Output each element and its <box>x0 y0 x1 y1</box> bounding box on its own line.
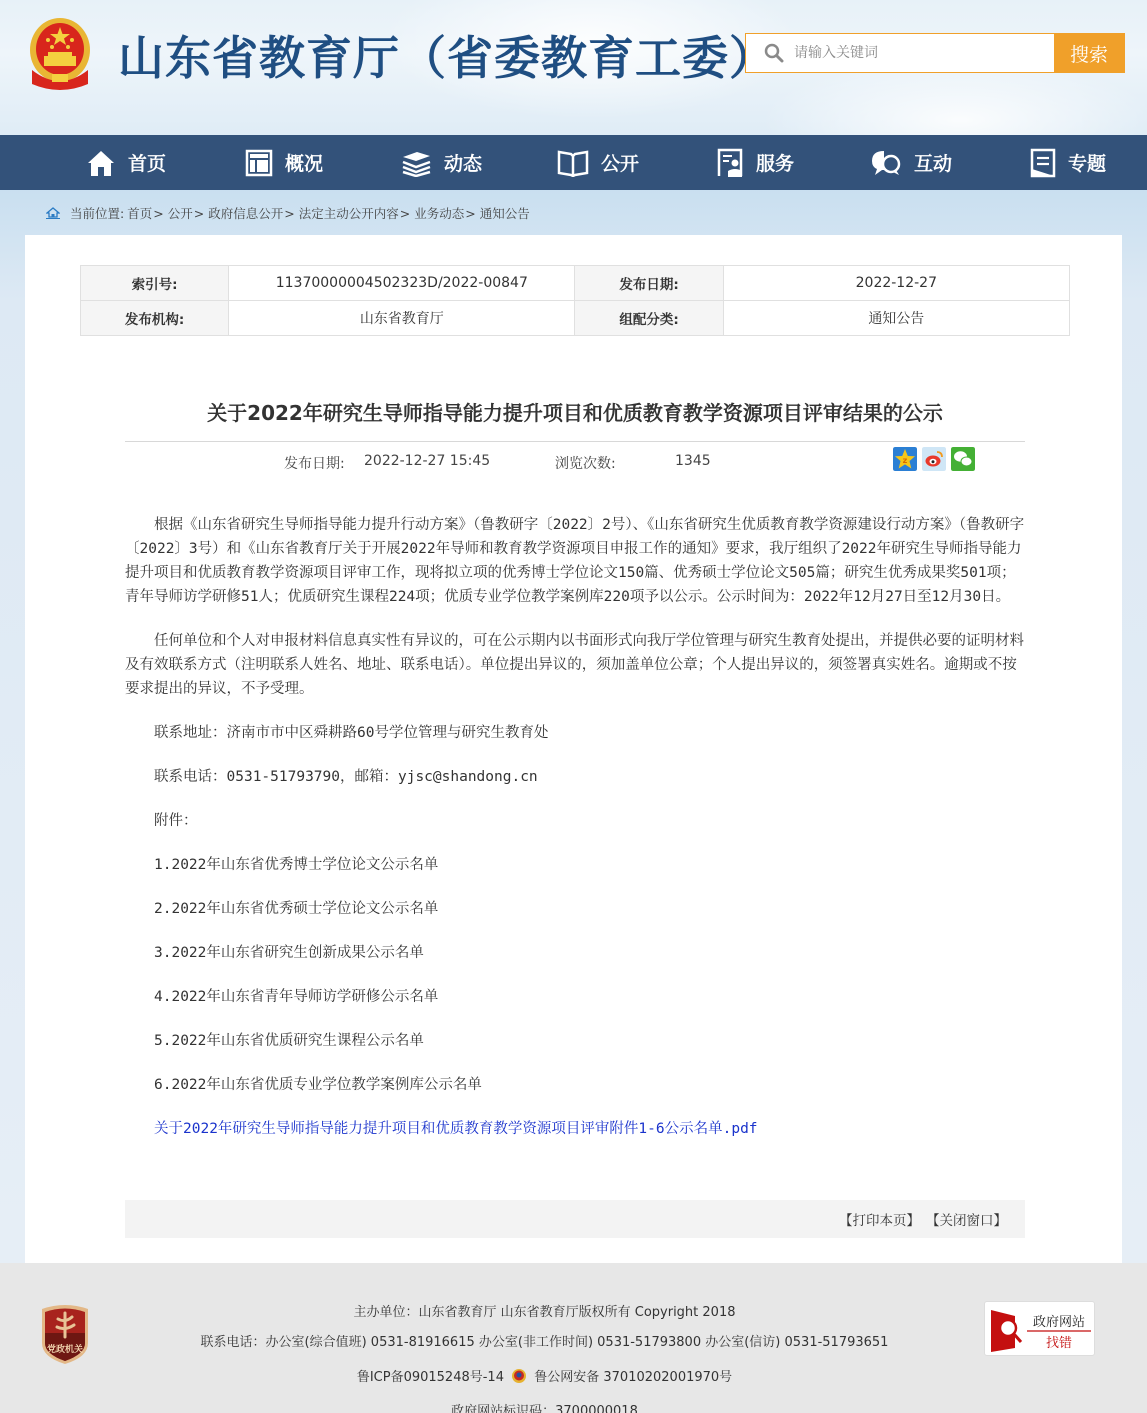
breadcrumb-home-icon <box>46 207 60 219</box>
breadcrumb-separator: > <box>153 206 163 221</box>
chat-icon <box>870 149 902 177</box>
search-button[interactable]: 搜索 <box>1054 34 1124 72</box>
search-icon <box>764 43 784 63</box>
wechat-icon[interactable] <box>951 447 975 471</box>
org-value: 山东省教育厅 <box>229 301 575 336</box>
breadcrumb-link-business[interactable]: 业务动态 <box>414 204 464 222</box>
nav-item-home[interactable]: 首页 <box>86 135 166 190</box>
attachment-item: 2.2022年山东省优秀硕士学位论文公示名单 <box>125 897 1025 921</box>
metadata-row: 索引号: 11370000004502323D/2022-00847 发布日期:… <box>81 266 1070 301</box>
site-header: 山东省教育厅（省委教育工委） 搜索 <box>0 0 1147 135</box>
breadcrumb-link-gov-info[interactable]: 政府信息公开 <box>208 204 283 222</box>
views-label: 浏览次数: <box>555 453 616 473</box>
article-panel: 索引号: 11370000004502323D/2022-00847 发布日期:… <box>25 235 1122 1263</box>
svg-text:z: z <box>903 456 908 465</box>
service-icon <box>716 148 744 178</box>
org-label: 发布机构: <box>81 301 229 336</box>
date-value: 2022-12-27 <box>723 266 1069 301</box>
search-input-wrap <box>746 34 1054 72</box>
nav-label: 动态 <box>444 149 482 176</box>
attachment-item: 4.2022年山东省青年导师访学研修公示名单 <box>125 985 1025 1009</box>
nav-item-topics[interactable]: 专题 <box>1030 135 1106 190</box>
title-divider <box>125 441 1025 442</box>
nav-label: 公开 <box>601 149 639 176</box>
weibo-icon[interactable] <box>922 447 946 471</box>
print-page-button[interactable]: 【打印本页】 <box>839 1209 920 1229</box>
find-error-button[interactable]: 政府网站 找错 <box>984 1301 1095 1356</box>
nav-item-overview[interactable]: 概况 <box>245 135 323 190</box>
national-emblem-icon <box>22 14 98 94</box>
breadcrumb-separator: > <box>284 206 294 221</box>
share-buttons: z <box>893 447 975 471</box>
publish-datetime: 2022-12-27 15:45 <box>364 453 490 469</box>
attachment-link-paragraph: 关于2022年研究生导师指导能力提升项目和优质教育教学资源项目评审附件1-6公示… <box>125 1117 1025 1141</box>
metadata-row: 发布机构: 山东省教育厅 组配分类: 通知公告 <box>81 301 1070 336</box>
breadcrumb-link-home[interactable]: 首页 <box>127 204 152 222</box>
footer-record-line: 鲁ICP备09015248号-14 鲁公网安备 37010202001970号 <box>0 1366 1089 1385</box>
icp-record[interactable]: 鲁ICP备09015248号-14 <box>357 1370 504 1385</box>
svg-text:政府网站: 政府网站 <box>1033 1314 1085 1330</box>
footer-host-line: 主办单位：山东省教育厅 山东省教育厅版权所有 Copyright 2018 <box>0 1301 1089 1320</box>
attachments-heading: 附件： <box>125 809 1025 833</box>
breadcrumb-separator: > <box>400 206 410 221</box>
police-record[interactable]: 鲁公网安备 37010202001970号 <box>534 1370 732 1385</box>
index-value: 11370000004502323D/2022-00847 <box>229 266 575 301</box>
site-footer: 党政机关 主办单位：山东省教育厅 山东省教育厅版权所有 Copyright 20… <box>0 1263 1147 1413</box>
date-label: 发布日期: <box>575 266 723 301</box>
breadcrumb-link-open[interactable]: 公开 <box>168 204 193 222</box>
attachment-item: 6.2022年山东省优质专业学位教学案例库公示名单 <box>125 1073 1025 1097</box>
find-error-icon: 政府网站 找错 <box>985 1302 1096 1357</box>
close-window-button[interactable]: 【关闭窗口】 <box>926 1209 1007 1229</box>
books-icon <box>400 149 432 177</box>
contact-phone-email: 联系电话：0531-51793790，邮箱：yjsc@shandong.cn <box>125 765 1025 789</box>
article-title: 关于2022年研究生导师指导能力提升项目和优质教育教学资源项目评审结果的公示 <box>125 397 1025 426</box>
article-paragraph: 根据《山东省研究生导师指导能力提升行动方案》（鲁教研字〔2022〕2号）、《山东… <box>125 513 1025 609</box>
footer-phone-line: 联系电话：办公室(综合值班) 0531-81916615 办公室(非工作时间) … <box>0 1331 1089 1350</box>
nav-label: 服务 <box>756 149 794 176</box>
nav-label: 互动 <box>914 149 952 176</box>
nav-item-interact[interactable]: 互动 <box>870 135 952 190</box>
publish-date-label: 发布日期: <box>284 453 345 473</box>
footer-site-code: 政府网站标识码：3700000018 <box>0 1400 1089 1413</box>
attachment-item: 1.2022年山东省优秀博士学位论文公示名单 <box>125 853 1025 877</box>
category-value: 通知公告 <box>723 301 1069 336</box>
police-badge-icon <box>511 1368 527 1384</box>
overview-icon <box>245 149 273 177</box>
attachment-item: 5.2022年山东省优质研究生课程公示名单 <box>125 1029 1025 1053</box>
breadcrumb: 当前位置: 首页> 公开> 政府信息公开> 法定主动公开内容> 业务动态> 通知… <box>46 204 530 222</box>
breadcrumb-separator: > <box>194 206 204 221</box>
attachment-pdf-link[interactable]: 关于2022年研究生导师指导能力提升项目和优质教育教学资源项目评审附件1-6公示… <box>154 1121 758 1137</box>
article-actions-bar: 【打印本页】 【关闭窗口】 <box>125 1200 1025 1238</box>
category-label: 组配分类: <box>575 301 723 336</box>
article-paragraph: 任何单位和个人对申报材料信息真实性有异议的，可在公示期内以书面形式向我厅学位管理… <box>125 629 1025 701</box>
nav-label: 概况 <box>285 149 323 176</box>
site-title: 山东省教育厅（省委教育工委） <box>118 22 776 88</box>
breadcrumb-link-statutory[interactable]: 法定主动公开内容 <box>299 204 399 222</box>
nav-item-news[interactable]: 动态 <box>400 135 482 190</box>
article-content: 根据《山东省研究生导师指导能力提升行动方案》（鲁教研字〔2022〕2号）、《山东… <box>125 513 1025 1161</box>
open-book-icon <box>557 149 589 177</box>
document-icon <box>1030 148 1056 178</box>
metadata-table: 索引号: 11370000004502323D/2022-00847 发布日期:… <box>80 265 1070 336</box>
index-label: 索引号: <box>81 266 229 301</box>
search-input[interactable] <box>794 45 1034 61</box>
nav-item-service[interactable]: 服务 <box>716 135 794 190</box>
nav-item-open[interactable]: 公开 <box>557 135 639 190</box>
search-box: 搜索 <box>745 33 1125 73</box>
home-icon <box>86 149 116 177</box>
views-count: 1345 <box>675 453 711 469</box>
nav-label: 首页 <box>128 149 166 176</box>
breadcrumb-separator: > <box>465 206 475 221</box>
main-nav: 首页 概况 动态 公开 服务 <box>0 135 1147 190</box>
nav-label: 专题 <box>1068 149 1106 176</box>
contact-address: 联系地址：济南市市中区舜耕路60号学位管理与研究生教育处 <box>125 721 1025 745</box>
qzone-icon[interactable]: z <box>893 447 917 471</box>
attachment-item: 3.2022年山东省研究生创新成果公示名单 <box>125 941 1025 965</box>
breadcrumb-prefix: 当前位置: <box>70 204 124 222</box>
breadcrumb-link-notices[interactable]: 通知公告 <box>480 204 530 222</box>
svg-text:找错: 找错 <box>1046 1335 1072 1351</box>
